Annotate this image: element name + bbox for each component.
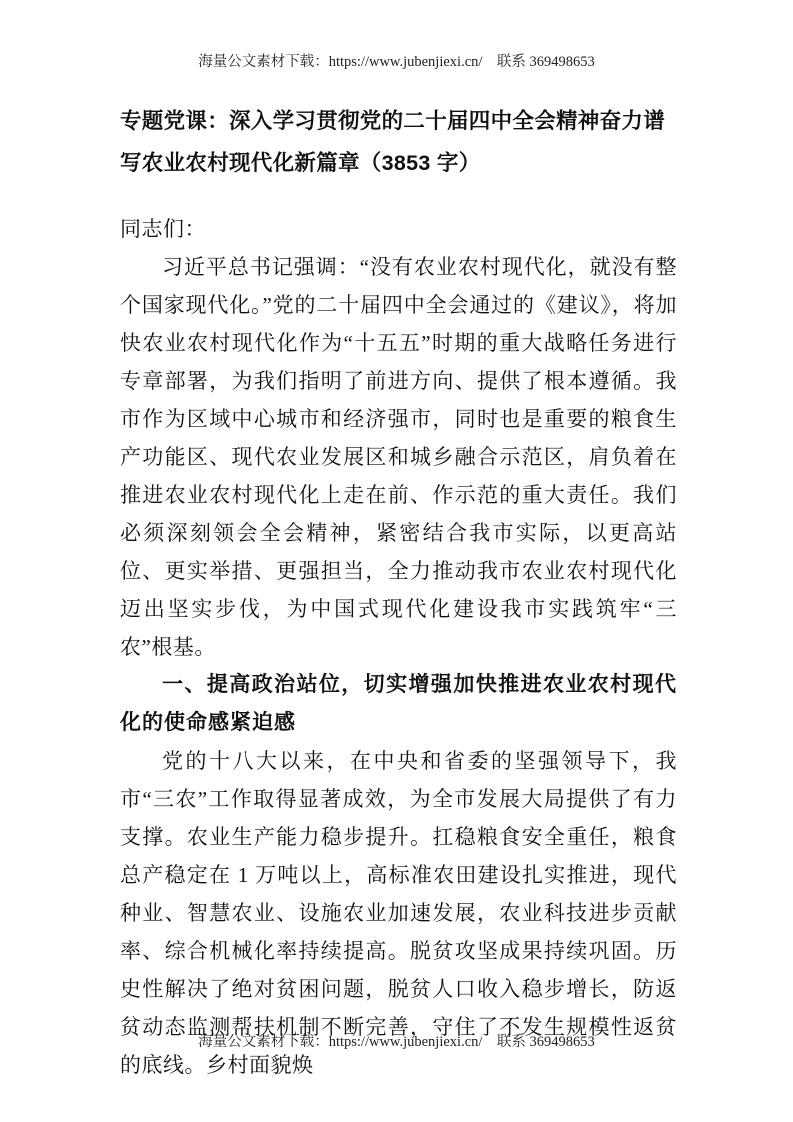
- section-heading-1: 一、提高政治站位，切实增强加快推进农业农村现代化的使命感紧迫感: [120, 666, 677, 742]
- document-title: 专题党课：深入学习贯彻党的二十届四中全会精神奋力谱写农业农村现代化新篇章（385…: [120, 100, 677, 184]
- page-footer: 海量公文素材下载：https://www.jubenjiexi.cn/ 联系 3…: [0, 1032, 793, 1052]
- paragraph-body-1: 习近平总书记强调：“没有农业农村现代化，就没有整个国家现代化。”党的二十届四中全…: [120, 248, 677, 666]
- document-page: 海量公文素材下载：https://www.jubenjiexi.cn/ 联系 3…: [0, 0, 793, 1122]
- document-body: 专题党课：深入学习贯彻党的二十届四中全会精神奋力谱写农业农村现代化新篇章（385…: [120, 100, 677, 1084]
- paragraph-salutation: 同志们：: [120, 210, 677, 248]
- page-header: 海量公文素材下载：https://www.jubenjiexi.cn/ 联系 3…: [0, 52, 793, 72]
